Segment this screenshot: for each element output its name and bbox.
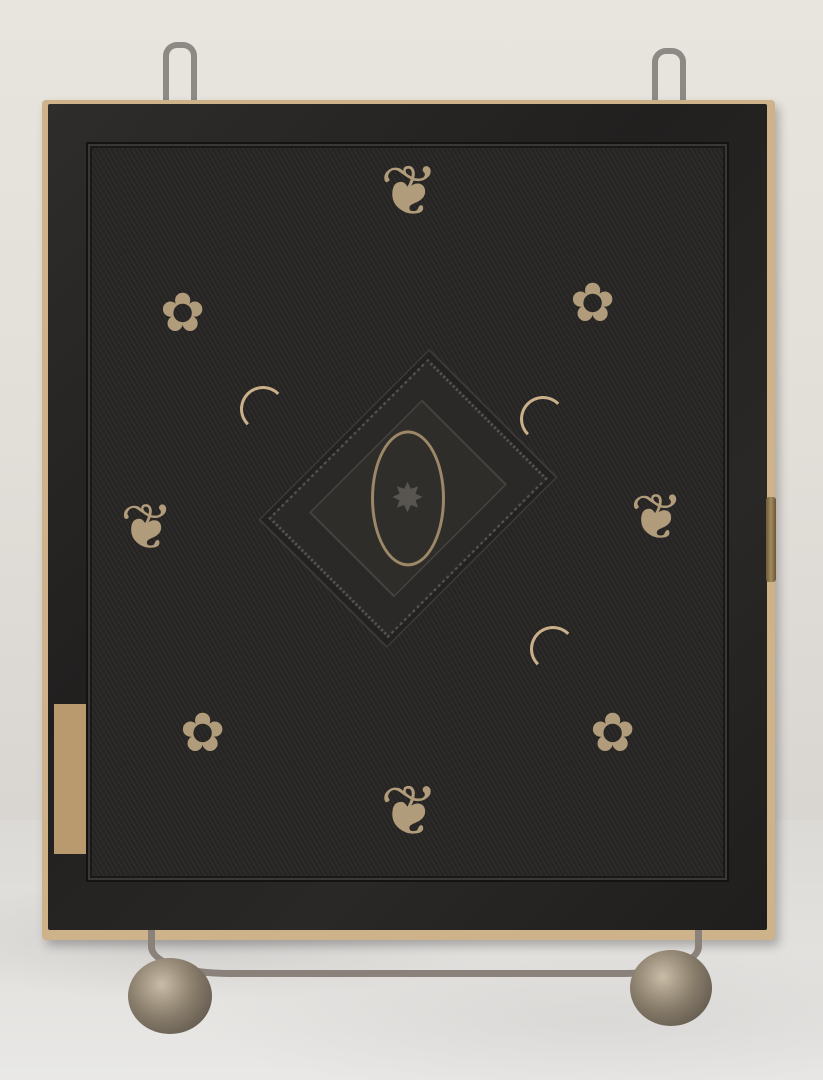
scroll-motif-left: ❦ (120, 496, 174, 560)
photograph-case: ✿ ✿ ✿ ✿ ❦ ❦ ❦ ❦ ✸ (42, 100, 775, 940)
flower-motif-top-left: ✿ (160, 286, 205, 340)
stand-ball-foot-left (128, 958, 212, 1034)
star-icon: ✸ (391, 475, 425, 521)
case-leather-face: ✿ ✿ ✿ ✿ ❦ ❦ ❦ ❦ ✸ (48, 104, 767, 930)
stand-base-bar (148, 930, 702, 977)
brass-clasp (766, 497, 776, 582)
stand-ball-foot-right (630, 950, 712, 1026)
flower-motif-bottom-right: ✿ (590, 706, 635, 760)
scroll-curl (520, 396, 566, 442)
case-embossed-panel: ✿ ✿ ✿ ✿ ❦ ❦ ❦ ❦ ✸ (88, 144, 727, 880)
flower-motif-bottom-left: ✿ (180, 706, 225, 760)
oval-center: ✸ (371, 430, 445, 566)
scroll-motif-right: ❦ (630, 486, 684, 550)
scroll-motif-bottom: ❦ (380, 776, 439, 846)
scroll-motif-top: ❦ (380, 156, 439, 226)
scroll-curl (240, 386, 286, 432)
flower-motif-top-right: ✿ (570, 276, 615, 330)
scroll-curl (530, 626, 576, 672)
